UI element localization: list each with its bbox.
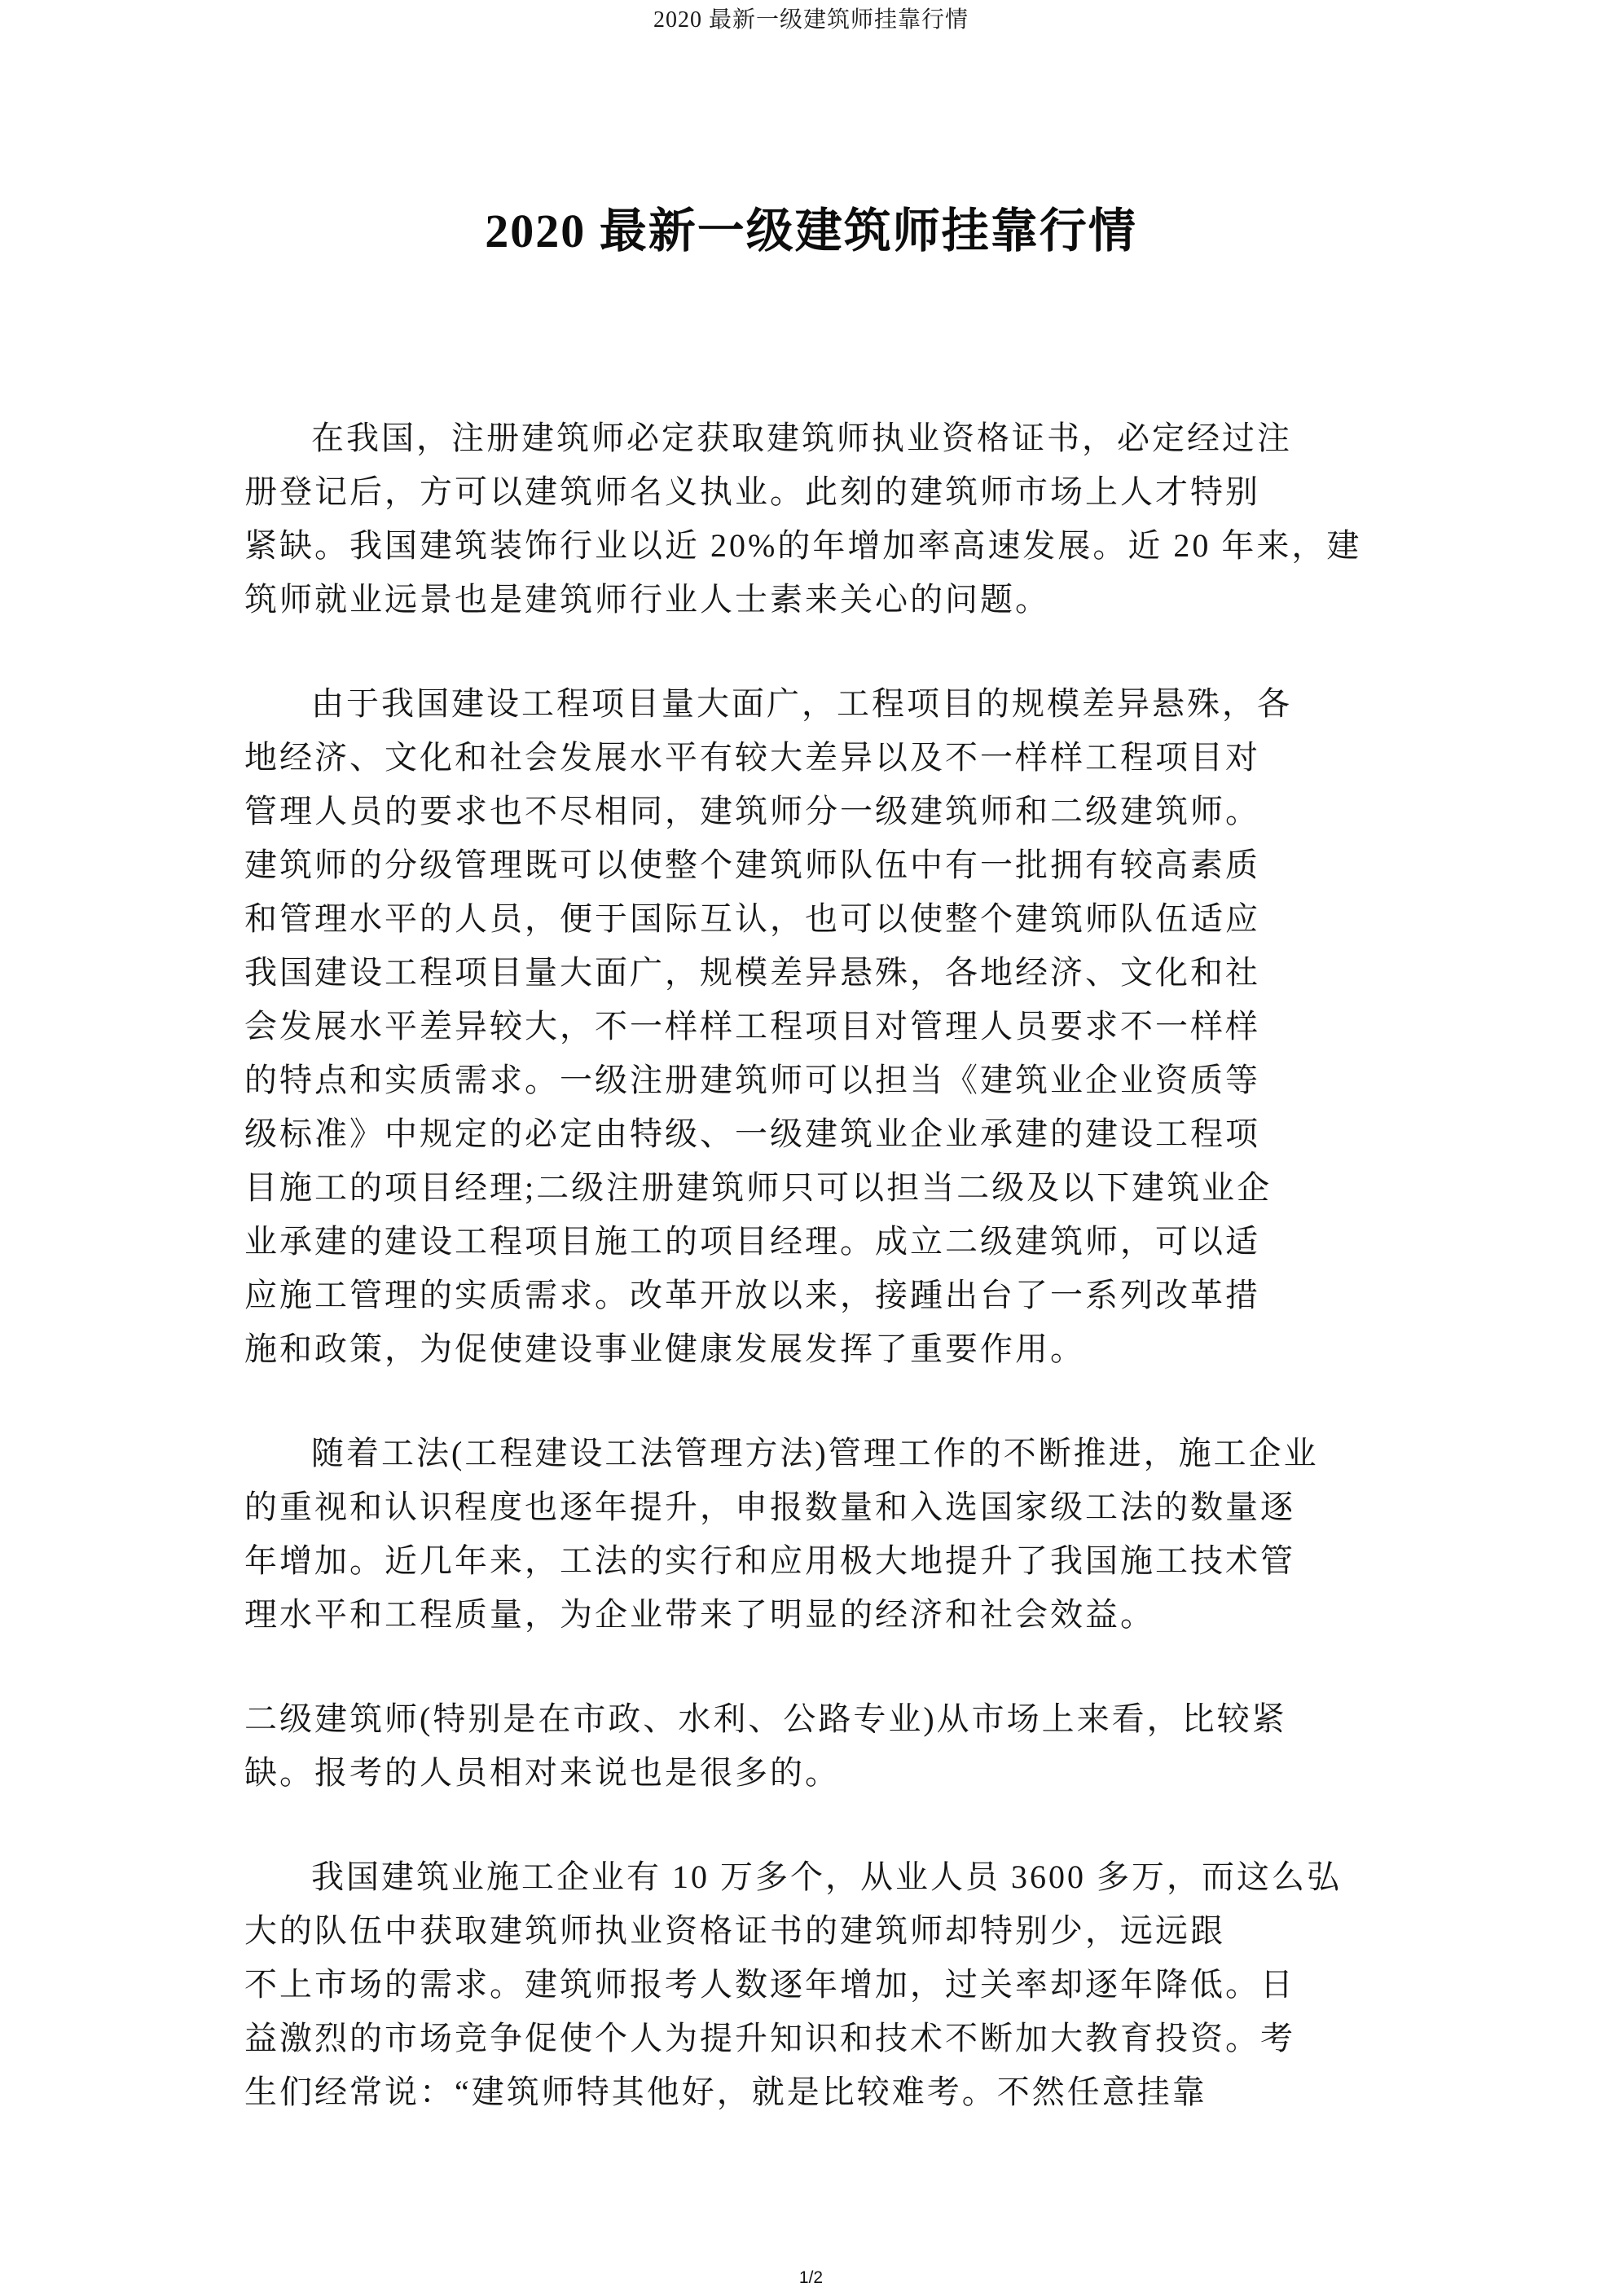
body-line: 建筑师的分级管理既可以使整个建筑师队伍中有一批拥有较高素质 — [244, 838, 1410, 892]
body-line: 二级建筑师(特别是在市政、水利、公路专业)从市场上来看，比较紧 — [244, 1692, 1410, 1746]
body-line: 缺。报考的人员相对来说也是很多的。 — [244, 1746, 1410, 1800]
body-line: 级标准》中规定的必定由特级、一级建筑业企业承建的建设工程项 — [244, 1107, 1410, 1161]
paragraph-5: 我国建筑业施工企业有 10 万多个，从业人员 3600 多万，而这么弘 大的队伍… — [244, 1850, 1410, 2119]
body-line: 的特点和实质需求。一级注册建筑师可以担当《建筑业企业资质等 — [244, 1053, 1410, 1107]
paragraph-3: 随着工法(工程建设工法管理方法)管理工作的不断推进，施工企业 的重视和认识程度也… — [244, 1427, 1410, 1642]
body-line: 我国建筑业施工企业有 10 万多个，从业人员 3600 多万，而这么弘 — [244, 1850, 1410, 1904]
body-line: 不上市场的需求。建筑师报考人数逐年增加，过关率却逐年降低。日 — [244, 1958, 1410, 2012]
body-line: 我国建设工程项目量大面广，规模差异悬殊，各地经济、文化和社 — [244, 946, 1410, 1000]
body-line: 年增加。近几年来，工法的实行和应用极大地提升了我国施工技术管 — [244, 1534, 1410, 1588]
body-line: 管理人员的要求也不尽相同，建筑师分一级建筑师和二级建筑师。 — [244, 785, 1410, 838]
body-line: 的重视和认识程度也逐年提升，申报数量和入选国家级工法的数量逐 — [244, 1480, 1410, 1534]
body-line: 随着工法(工程建设工法管理方法)管理工作的不断推进，施工企业 — [244, 1427, 1410, 1480]
body-line: 益激烈的市场竞争促使个人为提升知识和技术不断加大教育投资。考 — [244, 2012, 1410, 2065]
body-line: 生们经常说：“建筑师特其他好，就是比较难考。不然任意挂靠 — [244, 2065, 1410, 2119]
body-line: 会发展水平差异较大，不一样样工程项目对管理人员要求不一样样 — [244, 1000, 1410, 1053]
body-line: 理水平和工程质量，为企业带来了明显的经济和社会效益。 — [244, 1588, 1410, 1642]
paragraph-2: 由于我国建设工程项目量大面广，工程项目的规模差异悬殊，各 地经济、文化和社会发展… — [244, 677, 1410, 1376]
document-body: 在我国，注册建筑师必定获取建筑师执业资格证书，必定经过注 册登记后，方可以建筑师… — [244, 411, 1410, 2170]
body-line: 和管理水平的人员，便于国际互认，也可以使整个建筑师队伍适应 — [244, 892, 1410, 946]
page-number: 1/2 — [0, 2268, 1622, 2288]
paragraph-4: 二级建筑师(特别是在市政、水利、公路专业)从市场上来看，比较紧 缺。报考的人员相… — [244, 1692, 1410, 1800]
document-page: 2020 最新一级建筑师挂靠行情 2020 最新一级建筑师挂靠行情 在我国，注册… — [0, 0, 1622, 2296]
body-line: 大的队伍中获取建筑师执业资格证书的建筑师却特别少，远远跟 — [244, 1904, 1410, 1958]
page-header-title: 2020 最新一级建筑师挂靠行情 — [0, 2, 1622, 34]
body-line: 施和政策，为促使建设事业健康发展发挥了重要作用。 — [244, 1322, 1410, 1376]
body-line: 册登记后，方可以建筑师名义执业。此刻的建筑师市场上人才特别 — [244, 465, 1410, 519]
body-line: 由于我国建设工程项目量大面广，工程项目的规模差异悬殊，各 — [244, 677, 1410, 731]
document-title: 2020 最新一级建筑师挂靠行情 — [0, 192, 1622, 261]
body-line: 应施工管理的实质需求。改革开放以来，接踵出台了一系列改革措 — [244, 1269, 1410, 1322]
body-line: 在我国，注册建筑师必定获取建筑师执业资格证书，必定经过注 — [244, 411, 1410, 465]
body-line: 目施工的项目经理;二级注册建筑师只可以担当二级及以下建筑业企 — [244, 1161, 1410, 1215]
body-line: 紧缺。我国建筑装饰行业以近 20%的年增加率高速发展。近 20 年来，建 — [244, 519, 1410, 573]
paragraph-1: 在我国，注册建筑师必定获取建筑师执业资格证书，必定经过注 册登记后，方可以建筑师… — [244, 411, 1410, 627]
body-line: 地经济、文化和社会发展水平有较大差异以及不一样样工程项目对 — [244, 731, 1410, 785]
body-line: 筑师就业远景也是建筑师行业人士素来关心的问题。 — [244, 573, 1410, 627]
body-line: 业承建的建设工程项目施工的项目经理。成立二级建筑师，可以适 — [244, 1215, 1410, 1269]
